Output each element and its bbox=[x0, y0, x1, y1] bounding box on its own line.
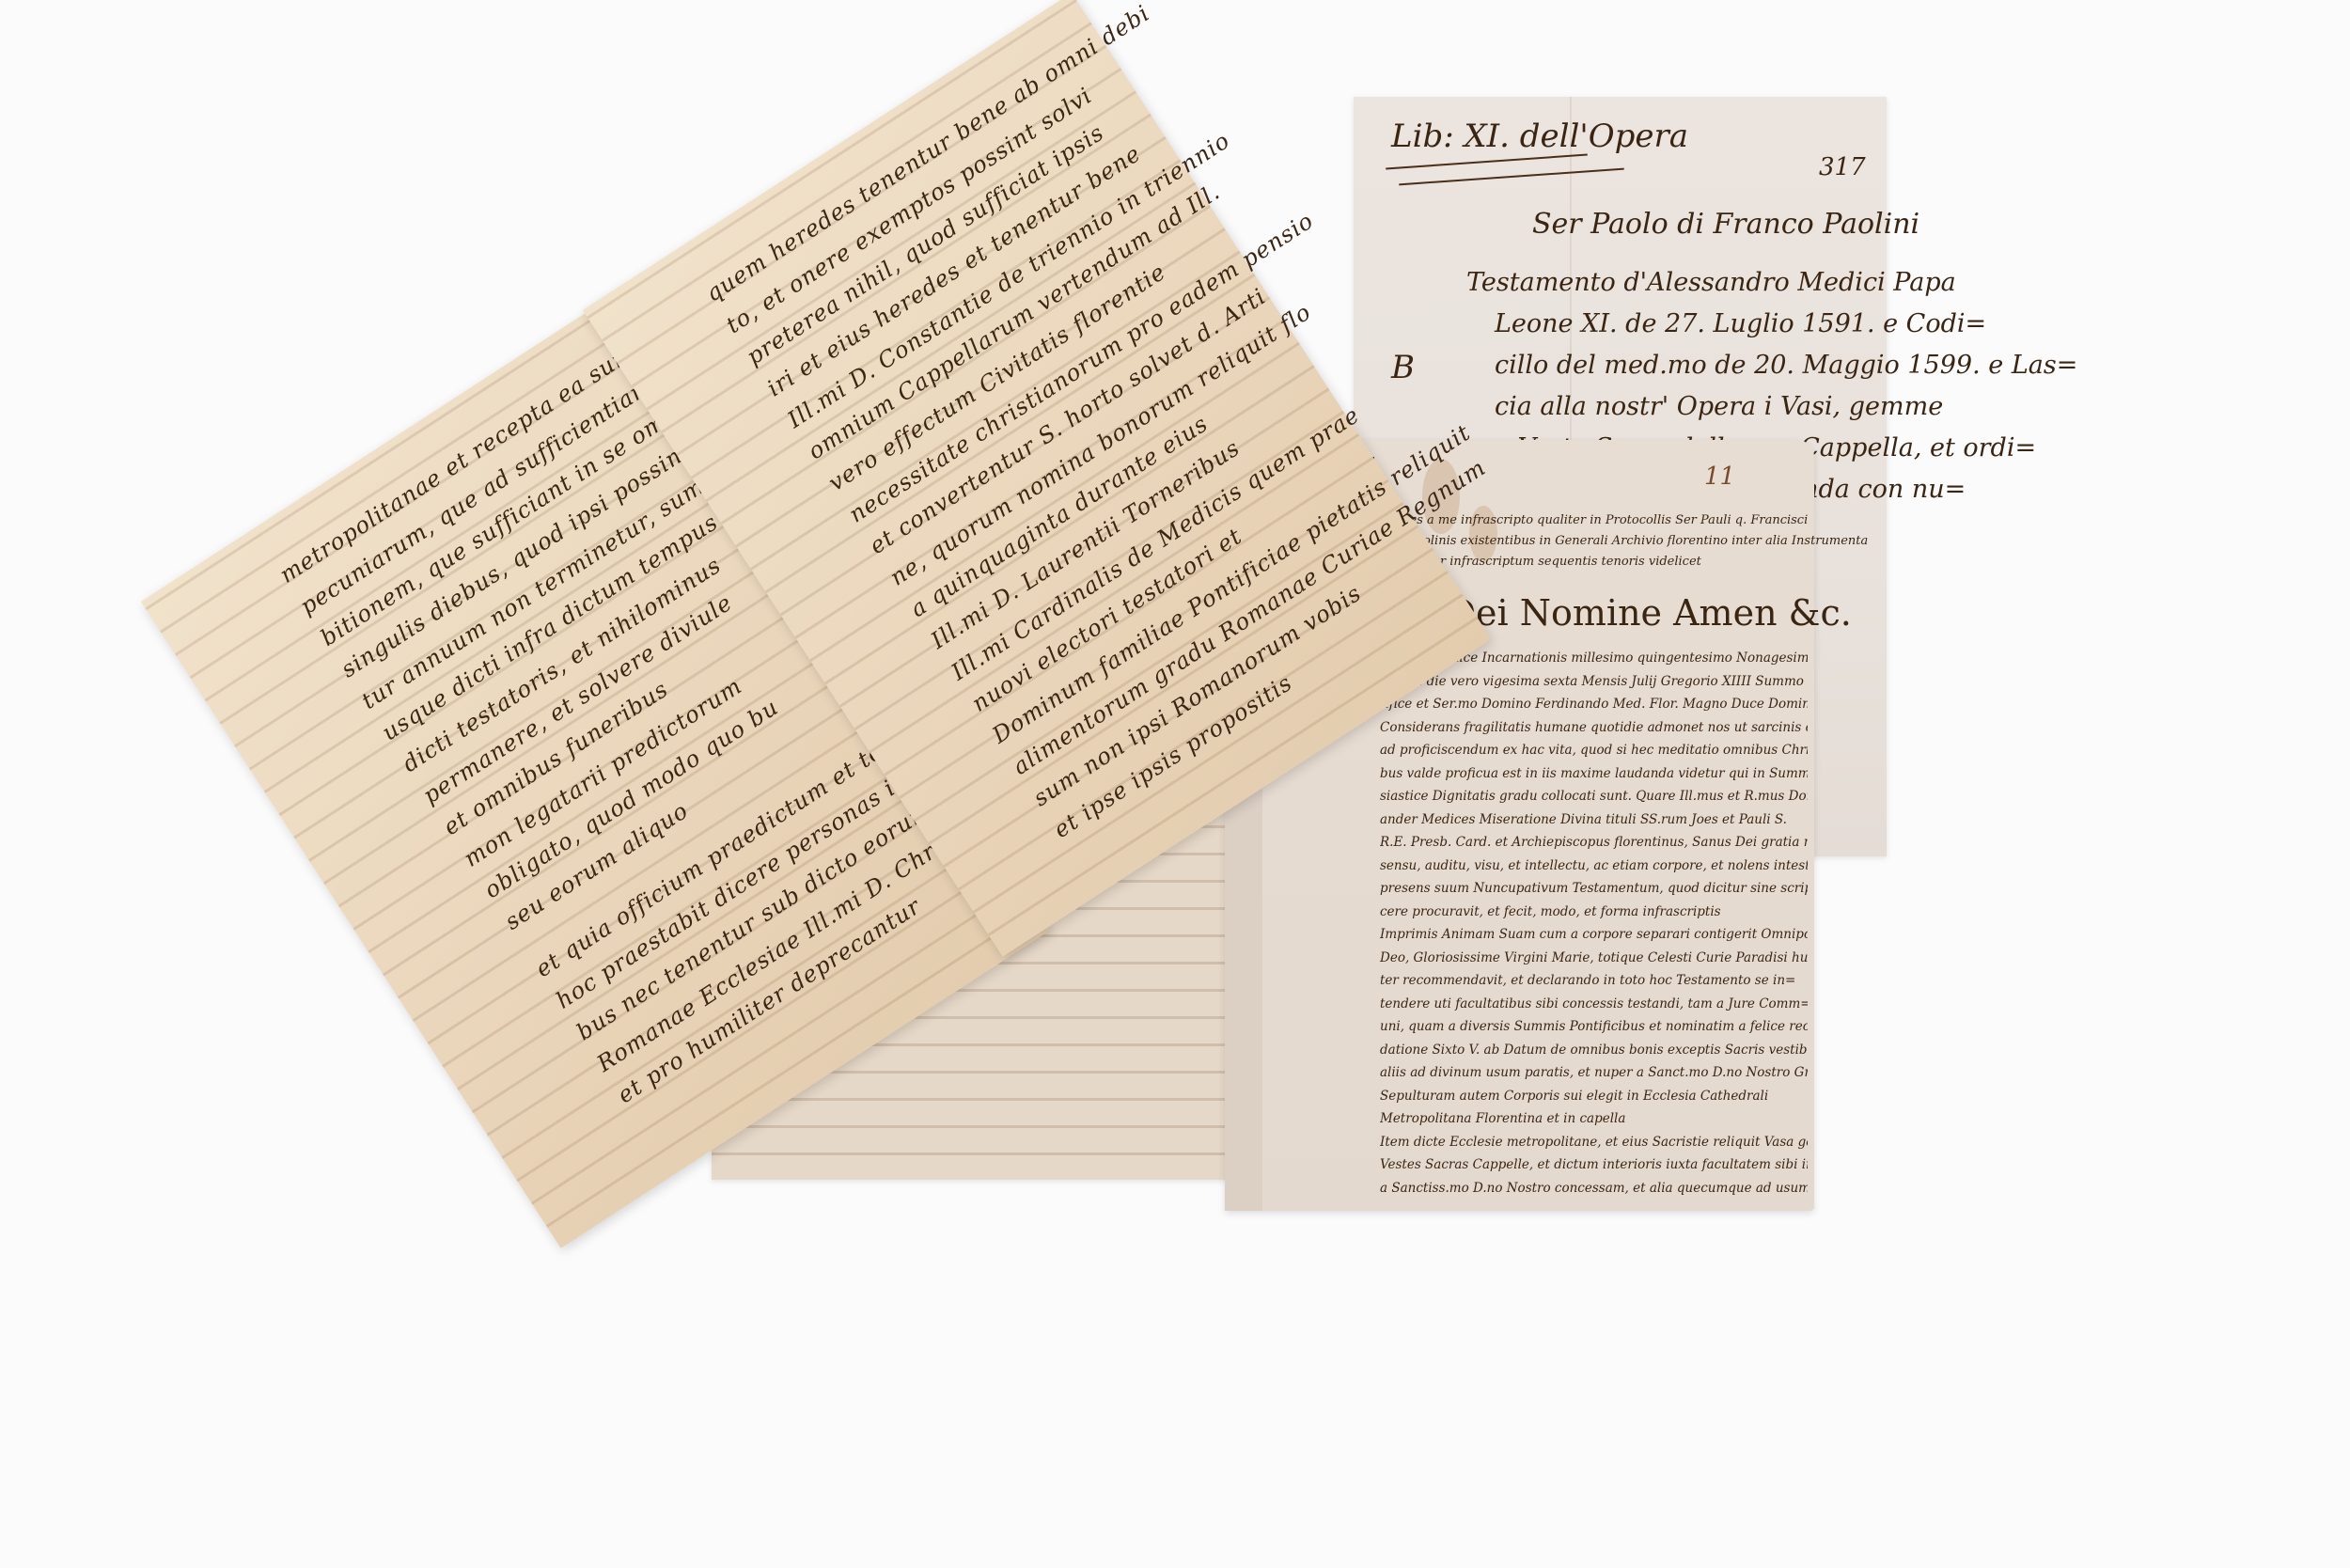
folio-number: 11 bbox=[1704, 463, 1735, 491]
body-line: tifice et Ser.mo Domino Ferdinando Med. … bbox=[1380, 693, 1808, 716]
body-line: cillo del med.mo de 20. Maggio 1599. e L… bbox=[1495, 351, 2077, 380]
body-line: quarta die vero vigesima sexta Mensis Ju… bbox=[1380, 670, 1808, 694]
body-line: Imprimis Animam Suam cum a corpore separ… bbox=[1380, 923, 1808, 947]
body-line: Testamento d'Alessandro Medici Papa bbox=[1466, 268, 1956, 297]
body-line: ander Medices Miseratione Divina tituli … bbox=[1380, 808, 1808, 832]
testament-body: Anno Dominice Incarnationis millesimo qu… bbox=[1380, 647, 1808, 1201]
body-line: ad proficiscendum ex hac vita, quod si h… bbox=[1380, 739, 1808, 762]
body-line: Sepulturam autem Corporis sui elegit in … bbox=[1380, 1085, 1808, 1108]
body-line: Vestes Sacras Cappelle, et dictum interi… bbox=[1380, 1153, 1808, 1177]
body-line: sensu, auditu, visu, et intellectu, ac e… bbox=[1380, 855, 1808, 878]
body-line: presens suum Nuncupativum Testamentum, q… bbox=[1380, 877, 1808, 901]
body-line: Considerans fragilitatis humane quotidie… bbox=[1380, 716, 1808, 740]
body-line: datione Sixto V. ab Datum de omnibus bon… bbox=[1380, 1039, 1808, 1062]
body-line: siastice Dignitatis gradu collocati sunt… bbox=[1380, 785, 1808, 808]
body-line: tendere uti facultatibus sibi concessis … bbox=[1380, 993, 1808, 1016]
body-line: ter recommendavit, et declarando in toto… bbox=[1380, 969, 1808, 993]
sheet-heading: Lib: XI. dell'Opera bbox=[1391, 118, 1688, 155]
author-line: Ser Paolo di Franco Paolini bbox=[1532, 208, 1919, 241]
testament-body-lines: Anno Dominice Incarnationis millesimo qu… bbox=[1380, 647, 1808, 1200]
body-line: bus valde proficua est in iis maxime lau… bbox=[1380, 762, 1808, 786]
heading-underline bbox=[1386, 154, 1588, 170]
body-line: Leone XI. de 27. Luglio 1591. e Codi= bbox=[1495, 309, 1986, 338]
body-line: R.E. Presb. Card. et Archiepiscopus flor… bbox=[1380, 831, 1808, 855]
body-line: cere procuravit, et fecit, modo, et form… bbox=[1380, 901, 1808, 924]
body-line: Metropolitana Florentina et in capella bbox=[1380, 1107, 1808, 1131]
body-line: aliis ad divinum usum paratis, et nuper … bbox=[1380, 1061, 1808, 1085]
folio-number: 317 bbox=[1819, 153, 1866, 181]
body-line: uni, quam a diversis Summis Pontificibus… bbox=[1380, 1015, 1808, 1039]
heading-underline-2 bbox=[1399, 168, 1624, 186]
body-line: Deo, Gloriosissime Virgini Marie, totiqu… bbox=[1380, 947, 1808, 970]
body-line: Item dicte Ecclesie metropolitane, et ei… bbox=[1380, 1131, 1808, 1154]
body-line: cia alla nostr' Opera i Vasi, gemme bbox=[1495, 392, 1943, 421]
body-line: a Sanctiss.mo D.no Nostro concessam, et … bbox=[1380, 1177, 1808, 1200]
